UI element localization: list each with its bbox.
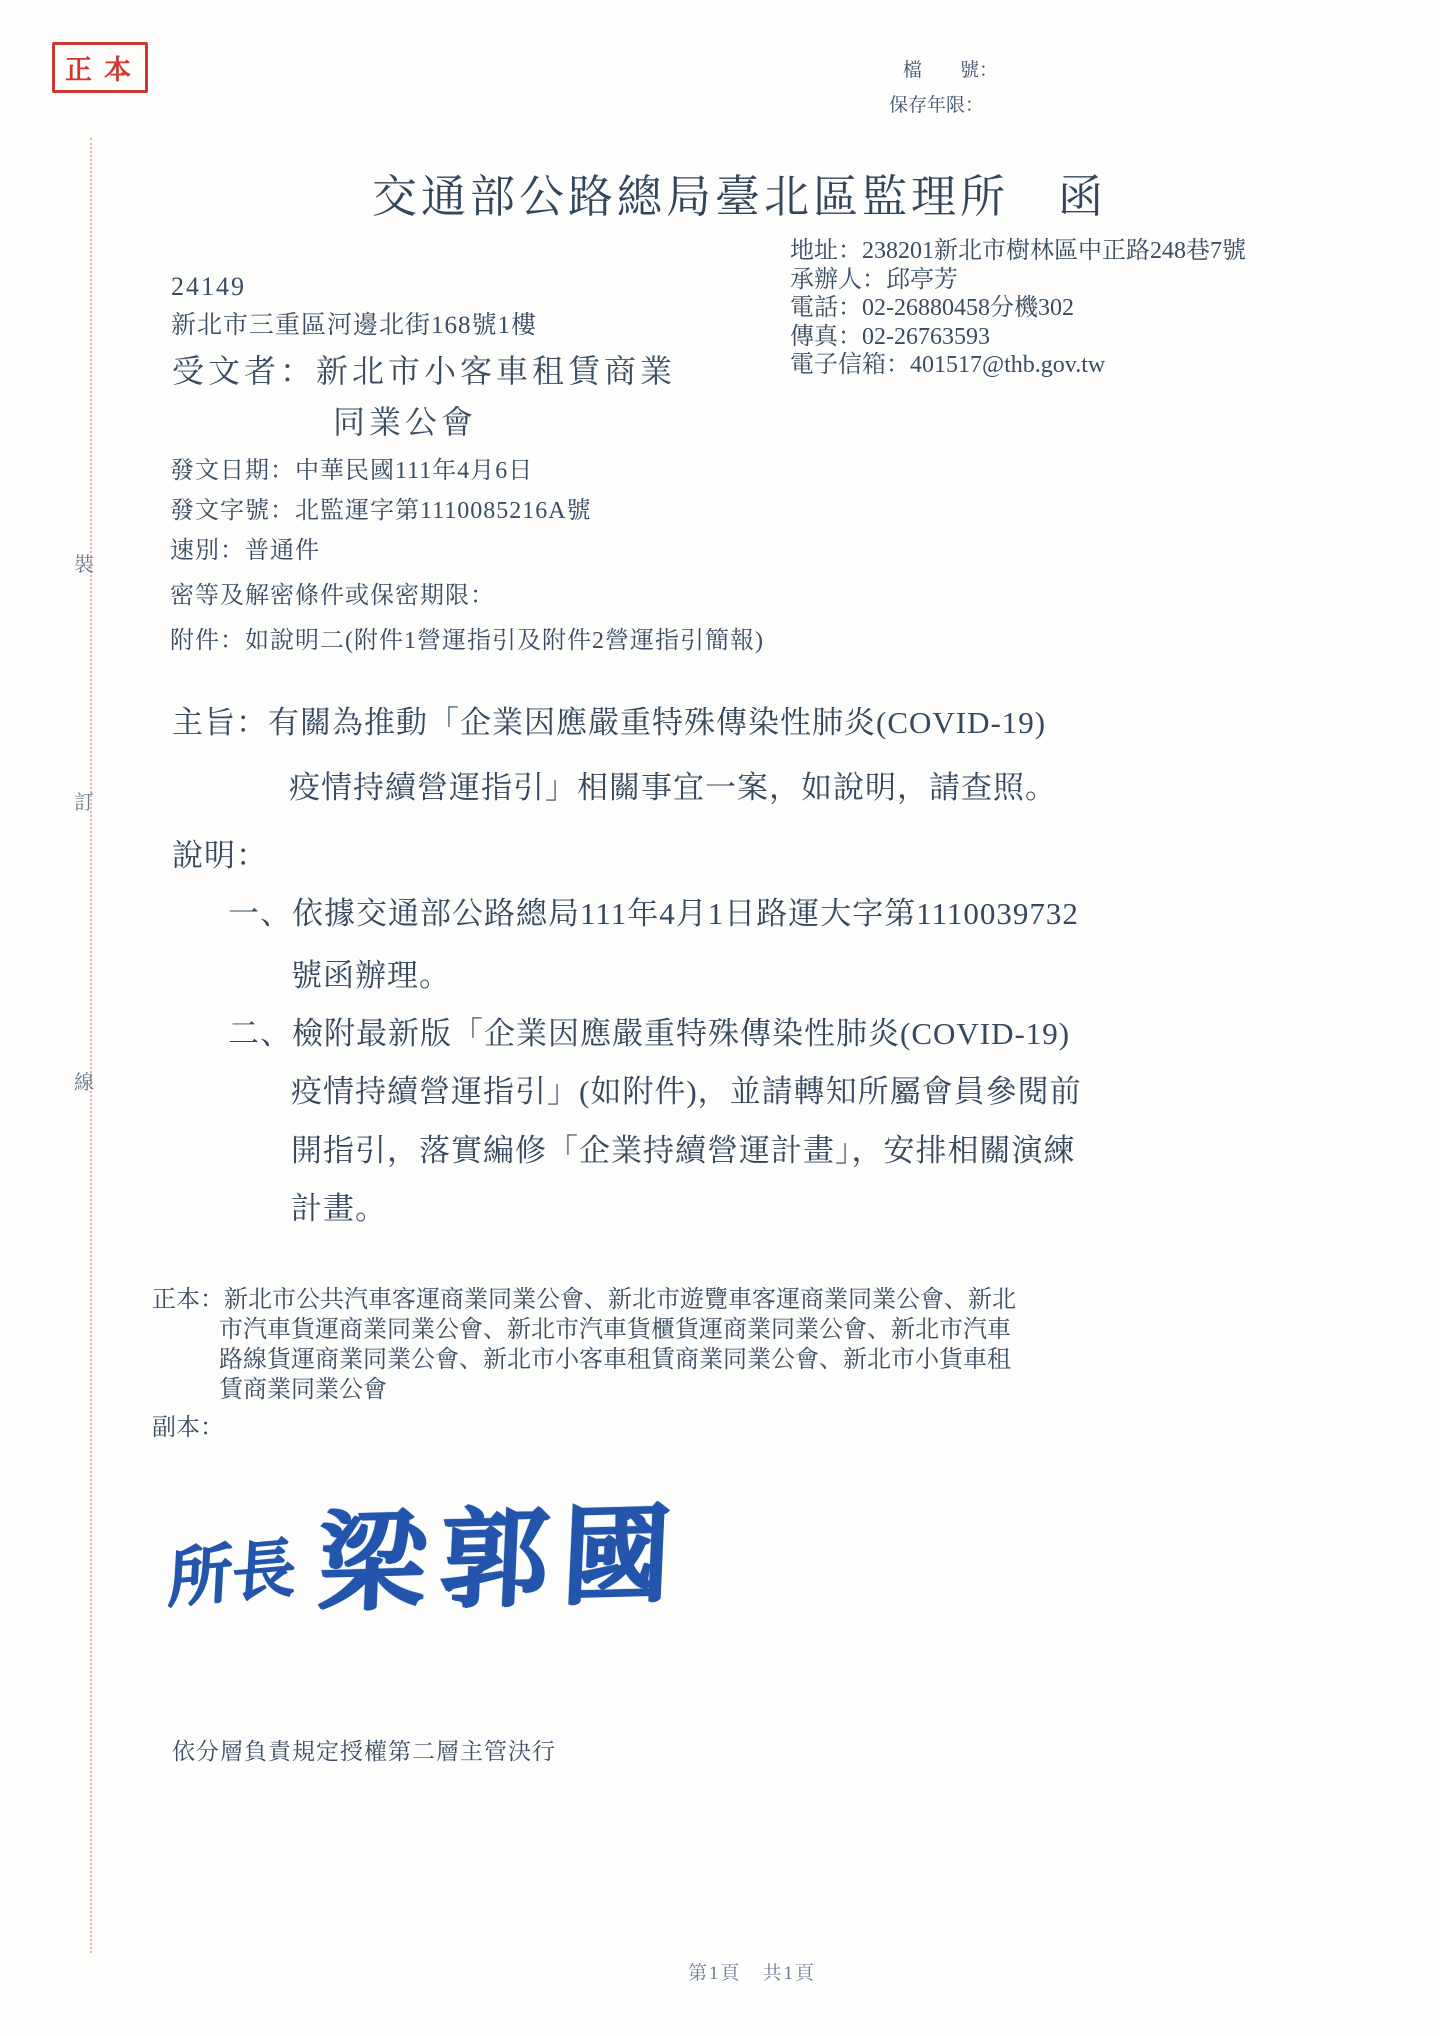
file-number-label: 檔 號： [903, 55, 998, 82]
security-classification-line: 密等及解密條件或保密期限： [170, 575, 495, 610]
distribution-original-line-2: 市汽車貨運商業同業公會、新北市汽車貨櫃貨運商業同業公會、新北市汽車 [219, 1315, 1011, 1345]
priority-line: 速別：普通件 [170, 530, 320, 565]
retention-period-label: 保存年限： [889, 90, 984, 117]
binding-dotted-line [90, 138, 92, 1953]
recipient-name-line: 受文者：新北市小客車租賃商業 [172, 346, 676, 392]
explanation-item1-line1: 一、依據交通部公路總局111年4月1日路運大字第1110039732 [228, 888, 1079, 933]
recipient-name-continued: 同業公會 [333, 397, 477, 443]
binding-mark-zhuang: 裝 [74, 548, 94, 577]
document-number-line: 發文字號：北監運字第1110085216A號 [170, 490, 592, 525]
distribution-cc-label: 副本： [152, 1413, 224, 1443]
recipient-street-address: 新北市三重區河邊北街168號1樓 [171, 305, 537, 341]
distribution-original-line-4: 賃商業同業公會 [219, 1375, 387, 1405]
page-number-footer: 第1頁 共1頁 [688, 1958, 816, 1985]
scanned-official-letter: 裝 訂 線 正本 檔 號： 保存年限： 交通部公路總局臺北區監理所 函 地址：2… [0, 0, 1440, 2036]
original-copy-stamp: 正本 [52, 42, 148, 93]
sender-fax: 傳真：02-26763593 [790, 323, 1246, 352]
document-title: 交通部公路總局臺北區監理所 函 [372, 160, 1107, 225]
explanation-item2-line3: 開指引，落實編修「企業持續營運計畫」，安排相關演練 [291, 1125, 1076, 1170]
sender-email: 電子信箱：401517@thb.gov.tw [790, 351, 1246, 380]
explanation-item2-line2: 疫情持續營運指引」(如附件)，並請轉知所屬會員參閱前 [291, 1066, 1082, 1111]
signature-name: 梁郭國 [315, 1467, 688, 1632]
subject-line-1: 主旨：有關為推動「企業因應嚴重特殊傳染性肺炎(COVID-19) [172, 697, 1046, 742]
recipient-postal-code: 24149 [171, 272, 246, 302]
issue-date-line: 發文日期：中華民國111年4月6日 [170, 450, 533, 485]
subject-line-2: 疫情持續營運指引」相關事宜一案，如說明，請查照。 [289, 762, 1057, 807]
attachment-line: 附件：如說明二(附件1營運指引及附件2營運指引簡報) [170, 620, 764, 655]
explanation-item2-line4: 計畫。 [291, 1183, 387, 1228]
explanation-item1-line2: 號函辦理。 [291, 950, 451, 995]
sender-officer: 承辦人：邱亭芳 [790, 266, 1246, 295]
binding-mark-xian: 線 [74, 1066, 94, 1095]
sender-contact-block: 地址：238201新北市樹林區中正路248巷7號 承辦人：邱亭芳 電話：02-2… [790, 237, 1246, 380]
signature-title-director: 所長 [166, 1516, 298, 1620]
explanation-heading: 說明： [172, 830, 268, 875]
distribution-original-line-1: 正本：新北市公共汽車客運商業同業公會、新北市遊覽車客運商業同業公會、新北 [152, 1285, 1016, 1315]
binding-mark-ding: 訂 [74, 786, 94, 815]
distribution-original-line-3: 路線貨運商業同業公會、新北市小客車租賃商業同業公會、新北市小貨車租 [219, 1345, 1011, 1375]
delegation-note: 依分層負責規定授權第二層主管決行 [172, 1733, 556, 1766]
sender-address: 地址：238201新北市樹林區中正路248巷7號 [790, 237, 1246, 266]
explanation-item2-line1: 二、檢附最新版「企業因應嚴重特殊傳染性肺炎(COVID-19) [228, 1008, 1070, 1053]
sender-phone: 電話：02-26880458分機302 [790, 294, 1246, 323]
